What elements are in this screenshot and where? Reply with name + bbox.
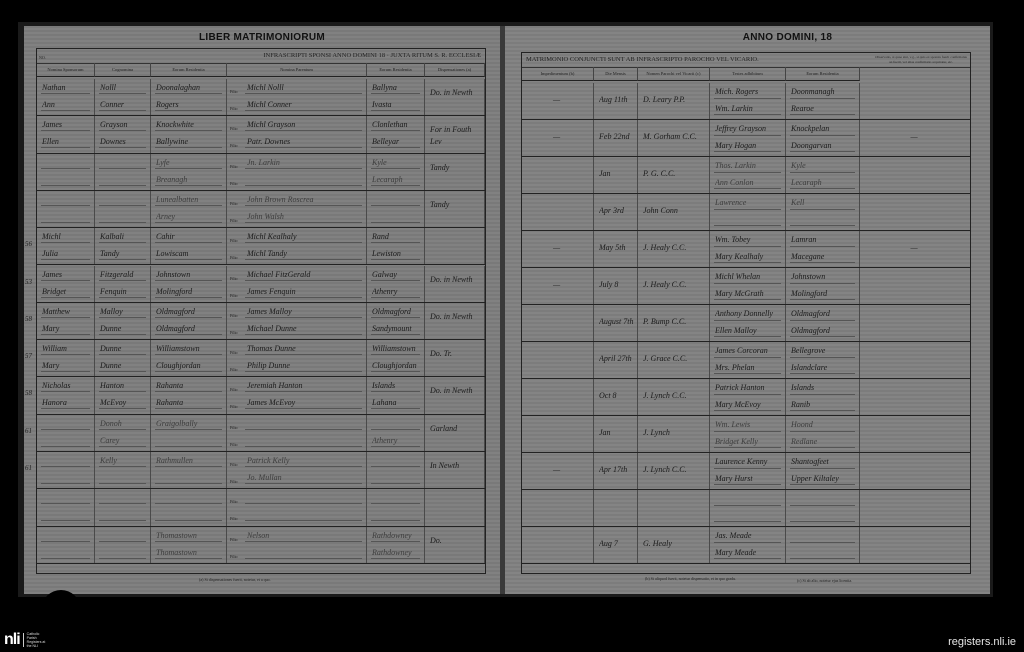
handwritten-entry: Michl Conner xyxy=(247,100,364,109)
ruled-line xyxy=(714,521,781,522)
ruled-line xyxy=(41,297,90,298)
ruled-line xyxy=(371,280,420,281)
row-cell: Wm. TobeyMary Kealhaly xyxy=(710,231,786,267)
handwritten-entry: John Brown Roscrea xyxy=(247,195,364,204)
register-entry-row: April 27thJ. Grace C.C.James CorcoranMrs… xyxy=(522,342,970,379)
row-cell: FilioFilio xyxy=(227,415,367,451)
handwritten-entry: Williamstown xyxy=(372,344,422,353)
row-cell: RandLewiston xyxy=(367,228,425,264)
row-cell: — xyxy=(522,120,594,156)
ruled-line xyxy=(41,558,90,559)
row-cell: WilliamstownCloughjordan xyxy=(151,340,227,376)
row-cell xyxy=(95,191,151,227)
handwritten-entry: Thos. Larkin xyxy=(715,161,783,170)
row-cell: — xyxy=(522,268,594,304)
ruled-line xyxy=(371,503,420,504)
ruled-line xyxy=(714,468,781,469)
row-cell: GraysonDownes xyxy=(95,116,151,152)
dispensation-entry: Do. in Newth xyxy=(430,274,482,286)
ruled-line xyxy=(41,541,90,542)
row-cell xyxy=(860,194,970,230)
register-entry-row: JanJ. LynchWm. LewisBridget KellyHoondRe… xyxy=(522,416,970,453)
row-cell xyxy=(786,490,860,526)
entry-number: 57 xyxy=(25,352,32,360)
priest-entry: J. Lynch xyxy=(643,428,707,437)
handwritten-entry: Islands xyxy=(372,381,422,390)
ruled-line xyxy=(790,246,855,247)
row-cell: April 27th xyxy=(594,342,638,378)
row-cell: BellegroveIslandclare xyxy=(786,342,860,378)
register-entry-row: —May 5thJ. Healy C.C.Wm. TobeyMary Kealh… xyxy=(522,231,970,268)
dispensation-entry: In Newth xyxy=(430,460,482,472)
left-header-band: No. Infrascripti sponsi anno domini 18 ·… xyxy=(37,49,485,64)
parent-prefix: Filio xyxy=(230,181,364,186)
ruled-line xyxy=(790,225,855,226)
right-footnote-b: (b) Si aliquod fuerit, notetur dispensat… xyxy=(645,576,736,581)
handwritten-entry: Ballywine xyxy=(156,137,224,146)
handwritten-entry: Ranib xyxy=(791,400,857,409)
row-cell: Aug 7 xyxy=(594,527,638,563)
entry-number: 56 xyxy=(25,240,32,248)
row-cell: Mich. RogersWm. Larkin xyxy=(710,83,786,119)
ruled-line xyxy=(371,130,420,131)
ruled-line xyxy=(790,114,855,115)
ruled-line xyxy=(41,147,90,148)
ruled-line xyxy=(41,317,90,318)
handwritten-entry: Nolll xyxy=(100,83,148,92)
row-cell xyxy=(425,228,485,264)
handwritten-entry: Oldmagford xyxy=(791,326,857,335)
row-cell: Feb 22nd xyxy=(594,120,638,156)
date-entry: May 5th xyxy=(599,243,635,252)
logo-divider xyxy=(23,633,24,647)
ruled-line xyxy=(790,336,855,337)
handwritten-entry: Oldmagford xyxy=(156,324,224,333)
row-cell: D. Leary P.P. xyxy=(638,83,710,119)
imped-entry: — xyxy=(522,243,591,252)
date-entry: Apr 3rd xyxy=(599,206,635,215)
handwritten-entry: Laurence Kenny xyxy=(715,457,783,466)
handwritten-entry: Michl Tandy xyxy=(247,249,364,258)
row-cell xyxy=(151,489,227,525)
handwritten-entry: Upper Kiltaley xyxy=(791,474,857,483)
ruled-line xyxy=(714,484,781,485)
ruled-line xyxy=(41,185,90,186)
dispensation-entry: Tandy xyxy=(430,199,482,211)
row-cell: James CorcoranMrs. Phelan xyxy=(710,342,786,378)
priest-entry: J. Healy C.C. xyxy=(643,243,707,252)
ruled-line xyxy=(714,505,781,506)
dispensation-entry: Garland xyxy=(430,423,482,435)
ruled-line xyxy=(155,130,222,131)
handwritten-entry: Michl Nolll xyxy=(247,83,364,92)
ruled-line xyxy=(99,354,146,355)
handwritten-entry: Williamstown xyxy=(156,344,224,353)
row-cell xyxy=(522,490,594,526)
register-entry-row: —Apr 17thJ. Lynch C.C.Laurence KennyMary… xyxy=(522,453,970,490)
handwritten-entry: Michael Dunne xyxy=(247,324,364,333)
priest-entry: P. G. C.C. xyxy=(643,169,707,178)
handwritten-entry: Rearoe xyxy=(791,104,857,113)
right-footnote-c: (c) Si ab alio, notetur ejus licentia. xyxy=(797,578,852,583)
row-cell: FilioJohn Brown RoscreaFilioJohn Walsh xyxy=(227,191,367,227)
row-cell xyxy=(37,527,95,563)
ruled-line xyxy=(371,408,420,409)
ruled-line xyxy=(371,110,420,111)
row-cell: Oct 8 xyxy=(594,379,638,415)
row-cell: May 5th xyxy=(594,231,638,267)
handwritten-entry: Dunne xyxy=(100,324,148,333)
nli-logo-mark: nli xyxy=(4,632,20,648)
row-cell xyxy=(594,490,638,526)
right-col-header: Die Mensis xyxy=(594,67,638,81)
handwritten-entry: Mary McGrath xyxy=(715,289,783,298)
row-cell: BallynaIvasta xyxy=(367,79,425,115)
dispensation-entry: Do. in Newth xyxy=(430,87,482,99)
row-cell: J. Lynch C.C. xyxy=(638,379,710,415)
row-cell: NolllConner xyxy=(95,79,151,115)
right-col-header: Impedimentum (b) xyxy=(522,67,594,81)
row-cell xyxy=(860,305,970,341)
ruled-line xyxy=(99,541,146,542)
handwritten-entry: Oldmagford xyxy=(372,307,422,316)
handwritten-entry: Michl xyxy=(42,232,92,241)
handwritten-entry: Kell xyxy=(791,198,857,207)
handwritten-entry: Dunne xyxy=(100,344,148,353)
row-cell: Apr 17th xyxy=(594,453,638,489)
row-cell: Thos. LarkinAnn Conlon xyxy=(710,157,786,193)
ruled-line xyxy=(155,429,222,430)
ruled-line xyxy=(41,168,90,169)
row-cell: FilioMichl KealhalyFilioMichl Tandy xyxy=(227,228,367,264)
row-cell: WilliamMary xyxy=(37,340,95,376)
handwritten-entry: Thomastown xyxy=(156,531,224,540)
row-cell: July 8 xyxy=(594,268,638,304)
row-cell: Jan xyxy=(594,416,638,452)
row-cell: John Conn xyxy=(638,194,710,230)
register-entry-row: LunealbattenArneyFilioJohn Brown Roscrea… xyxy=(37,191,485,228)
row-cell: DonohCarey xyxy=(95,415,151,451)
ruled-line xyxy=(155,391,222,392)
handwritten-entry: Doongarvan xyxy=(791,141,857,150)
row-cell: OldmagfordSandymount xyxy=(367,303,425,339)
ruled-line xyxy=(714,357,781,358)
parent-prefix: Filio xyxy=(230,442,364,447)
register-entry-row: JamesEllenGraysonDownesKnockwhiteBallywi… xyxy=(37,116,485,153)
ruled-line xyxy=(155,168,222,169)
handwritten-entry: Rahanta xyxy=(156,381,224,390)
ruled-line xyxy=(714,246,781,247)
ruled-line xyxy=(155,297,222,298)
register-entry-row: 58NicholasHanoraHantonMcEvoyRahantaRahan… xyxy=(37,377,485,414)
ruled-line xyxy=(155,259,222,260)
handwritten-entry: Mich. Rogers xyxy=(715,87,783,96)
left-col-header: Cognomina xyxy=(95,63,151,77)
ruled-line xyxy=(371,371,420,372)
priest-entry: J. Lynch C.C. xyxy=(643,465,707,474)
row-cell: Lawrence xyxy=(710,194,786,230)
ruled-line xyxy=(790,98,855,99)
handwritten-entry: Bridget xyxy=(42,287,92,296)
register-entry-row: 53JamesBridgetFitzgeraldFenquinJohnstown… xyxy=(37,266,485,303)
ruled-line xyxy=(714,336,781,337)
handwritten-entry: Jas. Meade xyxy=(715,531,783,540)
ruled-line xyxy=(99,297,146,298)
ruled-line xyxy=(371,317,420,318)
ruled-line xyxy=(714,283,781,284)
handwritten-entry: Michl Grayson xyxy=(247,120,364,129)
row-cell: ClonlethanBelleyar xyxy=(367,116,425,152)
handwritten-entry: Mary Hurst xyxy=(715,474,783,483)
handwritten-entry: Graigolbally xyxy=(156,419,224,428)
left-page-title: LIBER MATRIMONIORUM xyxy=(24,32,500,43)
handwritten-entry: Lahana xyxy=(372,398,422,407)
handwritten-entry: Knockpelan xyxy=(791,124,857,133)
row-cell xyxy=(860,416,970,452)
right-col-header: Testes adhibitum xyxy=(710,67,786,81)
left-col-header: Nomina Sponsorum xyxy=(37,63,95,77)
handwritten-entry: Thomastown xyxy=(156,548,224,557)
handwritten-entry: James McEvoy xyxy=(247,398,364,407)
row-cell xyxy=(860,268,970,304)
handwritten-entry: Wm. Tobey xyxy=(715,235,783,244)
row-cell xyxy=(367,191,425,227)
handwritten-entry: Bridget Kelly xyxy=(715,437,783,446)
imped-entry: — xyxy=(522,95,591,104)
handwritten-entry: Lyfe xyxy=(156,158,224,167)
row-cell xyxy=(860,490,970,526)
ruled-line xyxy=(790,447,855,448)
ruled-line xyxy=(99,168,146,169)
row-cell xyxy=(425,489,485,525)
row-cell: Rathmullen xyxy=(151,452,227,488)
ruled-line xyxy=(790,135,855,136)
ruled-line xyxy=(155,222,222,223)
row-cell: FilioMichl NolllFilioMichl Conner xyxy=(227,79,367,115)
handwritten-entry: Galway xyxy=(372,270,422,279)
ruled-line xyxy=(99,503,146,504)
handwritten-entry: Lecaraph xyxy=(791,178,857,187)
row-cell: FilioJn. LarkinFilio xyxy=(227,154,367,190)
handwritten-entry: Oldmagford xyxy=(156,307,224,316)
row-cell: MalloyDunne xyxy=(95,303,151,339)
handwritten-entry: Redlane xyxy=(791,437,857,446)
row-cell: JamesEllen xyxy=(37,116,95,152)
ruled-line xyxy=(371,558,420,559)
ruled-line xyxy=(371,520,420,521)
row-cell xyxy=(37,191,95,227)
ruled-line xyxy=(41,371,90,372)
right-page: ANNO DOMINI, 18 Matrimonio conjuncti sun… xyxy=(505,26,990,594)
handwritten-entry: Ballyna xyxy=(372,83,422,92)
row-cell xyxy=(522,379,594,415)
ruled-line xyxy=(714,114,781,115)
handwritten-entry: Shantogfeet xyxy=(791,457,857,466)
ruled-line xyxy=(714,394,781,395)
row-cell: KnockwhiteBallywine xyxy=(151,116,227,152)
row-cell: FilioFilio xyxy=(227,489,367,525)
handwritten-entry: Jn. Larkin xyxy=(247,158,364,167)
row-cell: — xyxy=(860,120,970,156)
ruled-line xyxy=(790,373,855,374)
handwritten-entry: Nicholas xyxy=(42,381,92,390)
handwritten-entry: Wm. Larkin xyxy=(715,104,783,113)
ruled-line xyxy=(714,373,781,374)
row-cell: ThomastownThomastown xyxy=(151,527,227,563)
right-register-table: Matrimonio conjuncti sunt ab infrascript… xyxy=(521,52,971,574)
handwritten-entry: Cloughjordan xyxy=(372,361,422,370)
handwritten-entry: Rathdowney xyxy=(372,548,422,557)
row-cell xyxy=(786,527,860,563)
row-cell xyxy=(522,342,594,378)
ruled-line xyxy=(155,280,222,281)
ruled-line xyxy=(99,429,146,430)
left-page: LIBER MATRIMONIORUM No. Infrascripti spo… xyxy=(24,26,500,594)
ruled-line xyxy=(99,130,146,131)
handwritten-entry: Molingford xyxy=(791,289,857,298)
ruled-line xyxy=(41,483,90,484)
handwritten-entry: Hoond xyxy=(791,420,857,429)
handwritten-entry: Dunne xyxy=(100,361,148,370)
row-cell: IslandsLahana xyxy=(367,377,425,413)
row-cell: Do. Tr. xyxy=(425,340,485,376)
priest-entry: P. Bump C.C. xyxy=(643,317,707,326)
ruled-line xyxy=(99,147,146,148)
row-cell: In Newth xyxy=(425,452,485,488)
date-entry: Jan xyxy=(599,169,635,178)
ruled-line xyxy=(99,483,146,484)
register-entry-row xyxy=(522,490,970,527)
handwritten-entry: Rahanta xyxy=(156,398,224,407)
handwritten-entry: James xyxy=(42,270,92,279)
ruled-line xyxy=(41,408,90,409)
handwritten-entry: Athenry xyxy=(372,287,422,296)
handwritten-entry: Mary xyxy=(42,361,92,370)
site-link[interactable]: registers.nli.ie xyxy=(948,636,1016,648)
register-entry-row: 57WilliamMaryDunneDunneWilliamstownCloug… xyxy=(37,340,485,377)
handwritten-entry: Patr. Downes xyxy=(247,137,364,146)
handwritten-entry: Doonmanagh xyxy=(791,87,857,96)
handwritten-entry: Lunealbatten xyxy=(156,195,224,204)
handwritten-entry: Jo. Mullan xyxy=(247,473,364,482)
ruled-line xyxy=(99,408,146,409)
register-entry-row: Oct 8J. Lynch C.C.Patrick HantonMary McE… xyxy=(522,379,970,416)
ruled-line xyxy=(99,185,146,186)
left-col-header: Nomina Parentum xyxy=(227,63,367,77)
ruled-line xyxy=(714,410,781,411)
ruled-line xyxy=(99,93,146,94)
ruled-line xyxy=(371,354,420,355)
row-cell: Jeffrey GraysonMary Hogan xyxy=(710,120,786,156)
row-cell xyxy=(367,489,425,525)
ruled-line xyxy=(714,188,781,189)
nli-logo-subtitle: Catholic Parish Registers at the NLI xyxy=(27,632,47,648)
register-entry-row: Aug 7G. HealyJas. MeadeMary Meade xyxy=(522,527,970,564)
handwritten-entry: Cahir xyxy=(156,232,224,241)
row-cell: MatthewMary xyxy=(37,303,95,339)
handwritten-entry: Lamran xyxy=(791,235,857,244)
row-cell xyxy=(710,490,786,526)
dispensation-entry: Do. Tr. xyxy=(430,348,482,360)
ruled-line xyxy=(371,168,420,169)
register-entry-row: 58MatthewMaryMalloyDunneOldmagfordOldmag… xyxy=(37,303,485,340)
row-cell: MichlJulia xyxy=(37,228,95,264)
ruled-line xyxy=(155,408,222,409)
row-cell: Jas. MeadeMary Meade xyxy=(710,527,786,563)
row-cell: Jan xyxy=(594,157,638,193)
nli-logo[interactable]: nli Catholic Parish Registers at the NLI xyxy=(4,632,47,648)
register-entry-row: —Aug 11thD. Leary P.P.Mich. RogersWm. La… xyxy=(522,83,970,120)
row-cell: LyfeBreanagh xyxy=(151,154,227,190)
ruled-line xyxy=(99,334,146,335)
date-entry: Apr 17th xyxy=(599,465,635,474)
row-cell: J. Lynch C.C. xyxy=(638,453,710,489)
ruled-line xyxy=(155,466,222,467)
ruled-line xyxy=(155,185,222,186)
ruled-line xyxy=(155,242,222,243)
ruled-line xyxy=(155,317,222,318)
handwritten-entry: Thomas Dunne xyxy=(247,344,364,353)
row-cell: Do. xyxy=(425,527,485,563)
handwritten-entry: William xyxy=(42,344,92,353)
handwritten-entry: Fitzgerald xyxy=(100,270,148,279)
row-cell: IslandsRanib xyxy=(786,379,860,415)
handwritten-entry: Clonlethan xyxy=(372,120,422,129)
ruled-line xyxy=(790,299,855,300)
imped-entry: — xyxy=(522,132,591,141)
row-cell xyxy=(95,154,151,190)
ruled-line xyxy=(41,503,90,504)
row-cell xyxy=(860,527,970,563)
handwritten-entry: Rand xyxy=(372,232,422,241)
row-cell: Aug 11th xyxy=(594,83,638,119)
row-cell: GalwayAthenry xyxy=(367,266,425,302)
priest-entry: J. Grace C.C. xyxy=(643,354,707,363)
row-cell xyxy=(522,305,594,341)
ruled-line xyxy=(714,320,781,321)
ruled-line xyxy=(714,447,781,448)
row-cell: J. Lynch xyxy=(638,416,710,452)
row-cell: Wm. LewisBridget Kelly xyxy=(710,416,786,452)
handwritten-entry: Ellen Malloy xyxy=(715,326,783,335)
row-cell: Do. in Newth xyxy=(425,303,485,339)
row-cell: JohnstownMolingford xyxy=(151,266,227,302)
ruled-line xyxy=(155,541,222,542)
row-cell xyxy=(37,415,95,451)
handwritten-entry: Kyle xyxy=(372,158,422,167)
ruled-line xyxy=(99,222,146,223)
dispensation-entry: For in Fouth Lev xyxy=(430,124,482,148)
handwritten-entry: Jeffrey Grayson xyxy=(715,124,783,133)
handwritten-entry: Belleyar xyxy=(372,137,422,146)
thumb-shadow xyxy=(42,590,80,626)
handwritten-entry: Mary Kealhaly xyxy=(715,252,783,261)
ruled-line xyxy=(790,542,855,543)
no-label: No. xyxy=(39,55,46,61)
handwritten-entry: Philip Dunne xyxy=(247,361,364,370)
ruled-line xyxy=(41,354,90,355)
ruled-line xyxy=(714,262,781,263)
ruled-line xyxy=(99,317,146,318)
handwritten-entry: Johnstown xyxy=(791,272,857,281)
ruled-line xyxy=(714,299,781,300)
row-cell: OldmagfordOldmagford xyxy=(786,305,860,341)
handwritten-entry: Rogers xyxy=(156,100,224,109)
ruled-line xyxy=(714,558,781,559)
date-entry: Feb 22nd xyxy=(599,132,635,141)
ruled-line xyxy=(155,520,222,521)
handwritten-entry: Ivasta xyxy=(372,100,422,109)
